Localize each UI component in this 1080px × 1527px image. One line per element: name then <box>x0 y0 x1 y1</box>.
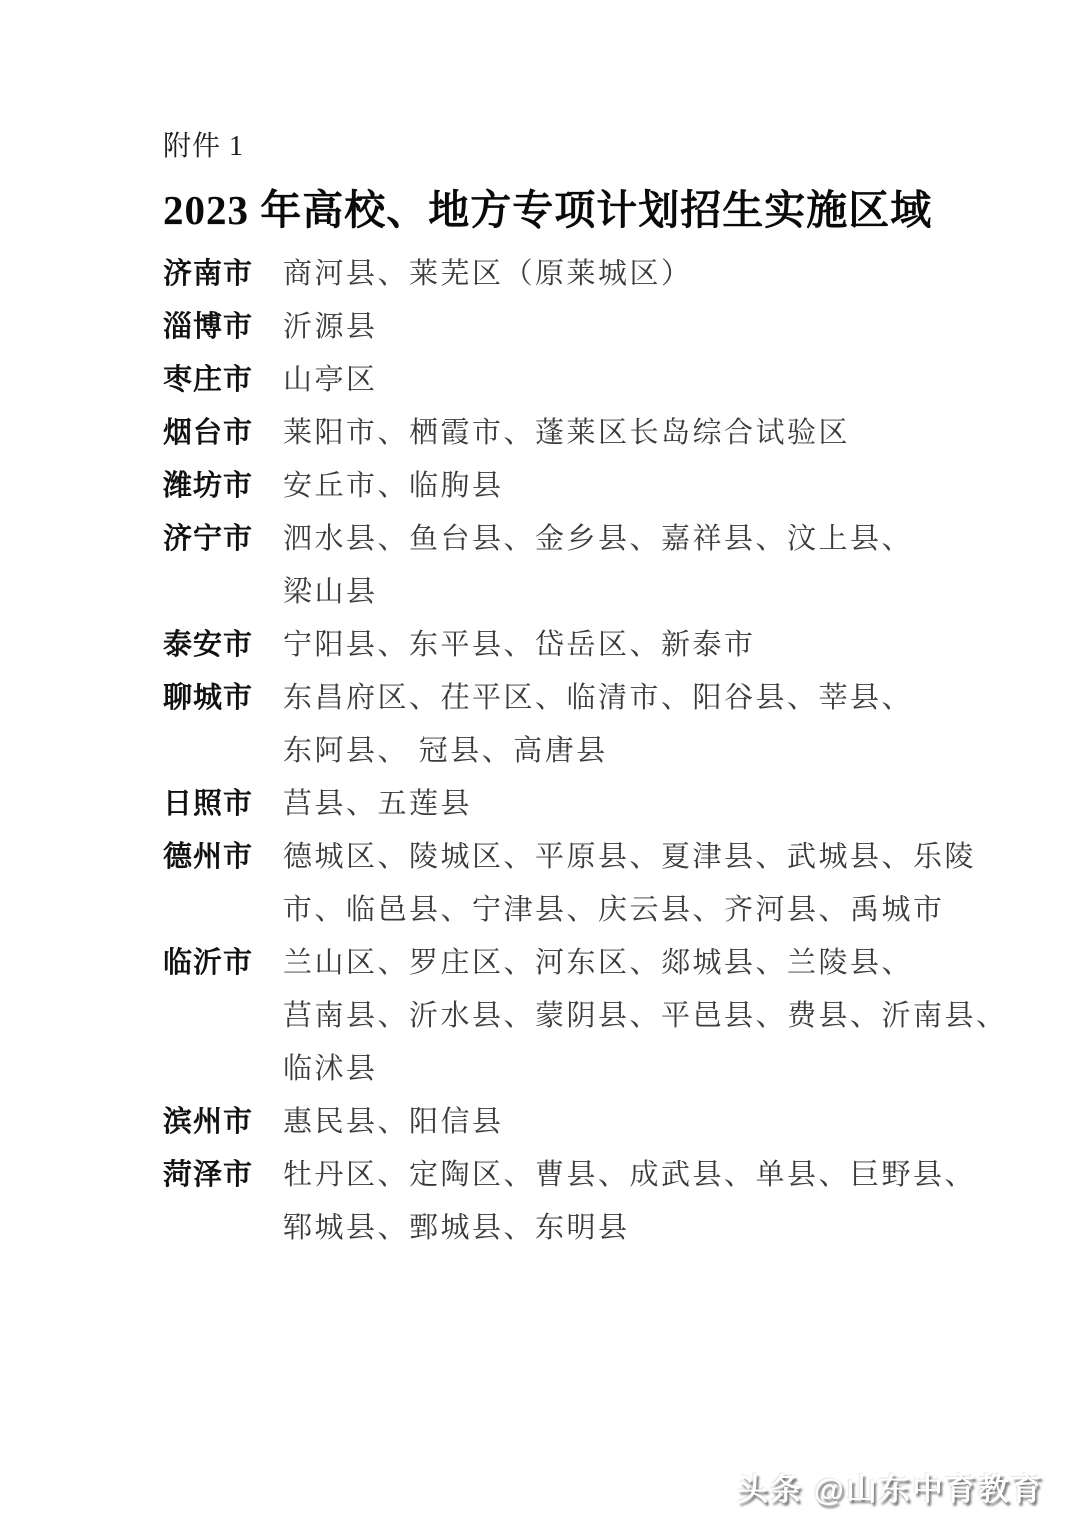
city-row: 济南市商河县、莱芜区（原莱城区） <box>163 248 922 301</box>
city-regions: 宁阳县、东平县、岱岳区、新泰市 <box>283 619 922 672</box>
city-regions: 沂源县 <box>283 301 922 354</box>
city-row: 济宁市泗水县、鱼台县、金乡县、嘉祥县、汶上县、梁山县 <box>163 513 922 619</box>
city-regions-line: 泗水县、鱼台县、金乡县、嘉祥县、汶上县、 <box>283 513 922 566</box>
city-name: 临沂市 <box>163 937 283 990</box>
city-regions: 山亭区 <box>283 354 922 407</box>
city-regions: 莱阳市、栖霞市、蓬莱区长岛综合试验区 <box>283 407 922 460</box>
city-regions: 德城区、陵城区、平原县、夏津县、武城县、乐陵市、临邑县、宁津县、庆云县、齐河县、… <box>283 831 922 937</box>
city-regions-line: 商河县、莱芜区（原莱城区） <box>283 248 922 301</box>
city-regions-line: 东阿县、 冠县、高唐县 <box>283 725 922 778</box>
city-regions: 商河县、莱芜区（原莱城区） <box>283 248 922 301</box>
city-regions-line: 梁山县 <box>283 566 922 619</box>
city-regions: 东昌府区、茌平区、临清市、阳谷县、莘县、东阿县、 冠县、高唐县 <box>283 672 922 778</box>
city-regions: 牡丹区、定陶区、曹县、成武县、单县、巨野县、郓城县、鄄城县、东明县 <box>283 1149 922 1255</box>
city-row: 聊城市东昌府区、茌平区、临清市、阳谷县、莘县、东阿县、 冠县、高唐县 <box>163 672 922 778</box>
city-row: 泰安市宁阳县、东平县、岱岳区、新泰市 <box>163 619 922 672</box>
city-regions-line: 山亭区 <box>283 354 922 407</box>
city-name: 德州市 <box>163 831 283 884</box>
toutiao-watermark: 头条 @山东中育教育 <box>737 1464 1044 1509</box>
city-regions-line: 安丘市、临朐县 <box>283 460 922 513</box>
city-list: 济南市商河县、莱芜区（原莱城区）淄博市沂源县枣庄市山亭区烟台市莱阳市、栖霞市、蓬… <box>163 248 922 1255</box>
city-row: 淄博市沂源县 <box>163 301 922 354</box>
city-regions-line: 市、临邑县、宁津县、庆云县、齐河县、禹城市 <box>283 884 922 937</box>
city-row: 德州市德城区、陵城区、平原县、夏津县、武城县、乐陵市、临邑县、宁津县、庆云县、齐… <box>163 831 922 937</box>
city-name: 济南市 <box>163 248 283 301</box>
city-regions-line: 东昌府区、茌平区、临清市、阳谷县、莘县、 <box>283 672 922 725</box>
city-regions: 安丘市、临朐县 <box>283 460 922 513</box>
city-regions-line: 惠民县、阳信县 <box>283 1096 922 1149</box>
city-name: 聊城市 <box>163 672 283 725</box>
city-row: 枣庄市山亭区 <box>163 354 922 407</box>
city-regions: 兰山区、罗庄区、河东区、郯城县、兰陵县、莒南县、沂水县、蒙阴县、平邑县、费县、沂… <box>283 937 922 1096</box>
city-regions: 莒县、五莲县 <box>283 778 922 831</box>
city-regions-line: 兰山区、罗庄区、河东区、郯城县、兰陵县、 <box>283 937 922 990</box>
city-row: 滨州市惠民县、阳信县 <box>163 1096 922 1149</box>
city-regions-line: 宁阳县、东平县、岱岳区、新泰市 <box>283 619 922 672</box>
city-name: 枣庄市 <box>163 354 283 407</box>
attachment-label: 附件 1 <box>163 130 922 164</box>
city-row: 菏泽市牡丹区、定陶区、曹县、成武县、单县、巨野县、郓城县、鄄城县、东明县 <box>163 1149 922 1255</box>
city-name: 泰安市 <box>163 619 283 672</box>
city-regions-line: 莱阳市、栖霞市、蓬莱区长岛综合试验区 <box>283 407 922 460</box>
city-regions-line: 沂源县 <box>283 301 922 354</box>
city-name: 济宁市 <box>163 513 283 566</box>
city-name: 潍坊市 <box>163 460 283 513</box>
page-title: 2023 年高校、地方专项计划招生实施区域 <box>163 184 922 236</box>
city-regions-line: 莒南县、沂水县、蒙阴县、平邑县、费县、沂南县、 <box>283 990 922 1043</box>
city-regions-line: 德城区、陵城区、平原县、夏津县、武城县、乐陵 <box>283 831 922 884</box>
city-row: 日照市莒县、五莲县 <box>163 778 922 831</box>
city-regions-line: 牡丹区、定陶区、曹县、成武县、单县、巨野县、 <box>283 1149 922 1202</box>
city-name: 烟台市 <box>163 407 283 460</box>
city-row: 潍坊市安丘市、临朐县 <box>163 460 922 513</box>
city-row: 烟台市莱阳市、栖霞市、蓬莱区长岛综合试验区 <box>163 407 922 460</box>
city-regions: 惠民县、阳信县 <box>283 1096 922 1149</box>
city-name: 滨州市 <box>163 1096 283 1149</box>
city-regions: 泗水县、鱼台县、金乡县、嘉祥县、汶上县、梁山县 <box>283 513 922 619</box>
city-name: 日照市 <box>163 778 283 831</box>
city-regions-line: 莒县、五莲县 <box>283 778 922 831</box>
city-regions-line: 郓城县、鄄城县、东明县 <box>283 1202 922 1255</box>
city-row: 临沂市兰山区、罗庄区、河东区、郯城县、兰陵县、莒南县、沂水县、蒙阴县、平邑县、费… <box>163 937 922 1096</box>
city-name: 淄博市 <box>163 301 283 354</box>
document-page: 附件 1 2023 年高校、地方专项计划招生实施区域 济南市商河县、莱芜区（原莱… <box>0 0 1080 1527</box>
city-name: 菏泽市 <box>163 1149 283 1202</box>
city-regions-line: 临沭县 <box>283 1043 922 1096</box>
